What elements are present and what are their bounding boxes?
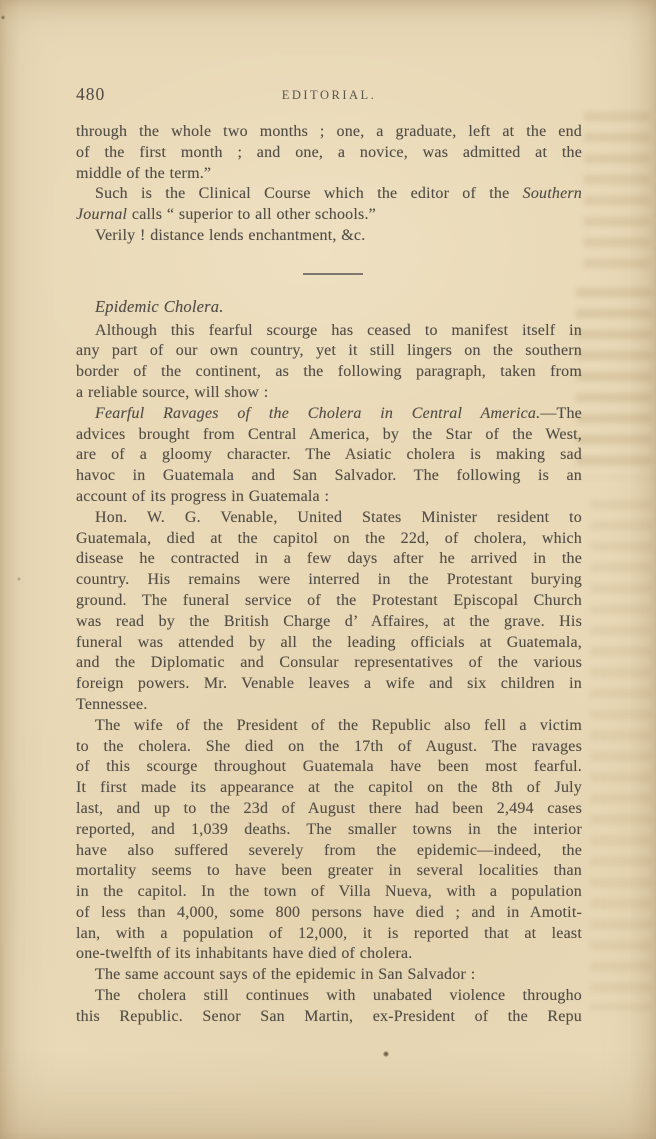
text-segment: are of a gloomy character. The Asiatic c… — [76, 446, 582, 463]
text-line: this Republic. Senor San Martin, ex-Pres… — [76, 1007, 582, 1028]
text-segment: foreign powers. Mr. Venable leaves a wif… — [76, 675, 582, 692]
text-segment: Tennessee. — [76, 696, 148, 713]
ink-speck — [17, 577, 21, 581]
text-segment: lan, with a population of 12,000, it is … — [76, 925, 582, 942]
text-segment: ground. The funeral service of the Prote… — [76, 592, 582, 609]
page-bleedthrough — [576, 288, 652, 478]
text-segment: Epidemic Cholera. — [95, 297, 224, 316]
text-segment: have also suffered severely from the epi… — [76, 842, 582, 859]
text-line: Guatemala, died at the capitol on the 22… — [76, 529, 582, 550]
text-segment: calls “ superior to all other schools.” — [127, 206, 376, 223]
divider-rule — [303, 273, 363, 275]
text-segment: Such is the Clinical Course which the ed… — [95, 185, 523, 202]
text-line: country. His remains were interred in th… — [76, 570, 582, 591]
text-segment: Southern — [523, 185, 582, 202]
text-line: one-twelfth of its inhabitants have died… — [76, 944, 582, 965]
text-segment: one-twelfth of its inhabitants have died… — [76, 945, 412, 962]
text-segment: The cholera still continues with unabate… — [95, 987, 582, 1004]
text-segment: border of the continent, as the followin… — [76, 363, 582, 380]
text-segment: country. His remains were interred in th… — [76, 571, 582, 588]
text-segment: —The — [540, 405, 582, 422]
text-line: disease he contracted in a few days afte… — [76, 549, 582, 570]
text-line: Such is the Clinical Course which the ed… — [76, 184, 582, 205]
text-segment: account of its progress in Guatemala : — [76, 488, 329, 505]
text-line: It first made its appearance at the capi… — [76, 778, 582, 799]
text-line: are of a gloomy character. The Asiatic c… — [76, 445, 582, 466]
text-segment: this Republic. Senor San Martin, ex-Pres… — [76, 1008, 582, 1025]
text-line: Verily ! distance lends enchantment, &c. — [76, 226, 582, 247]
text-segment: Journal — [76, 206, 127, 223]
text-segment: Although this fearful scourge has ceased… — [95, 322, 582, 339]
text-line: Hon. W. G. Venable, United States Minist… — [76, 508, 582, 529]
text-line: Tennessee. — [76, 695, 582, 716]
page-bleedthrough — [590, 500, 652, 1010]
running-header: EDITORIAL. — [76, 88, 582, 103]
text-line: of the first month ; and one, a novice, … — [76, 143, 582, 164]
text-line: foreign powers. Mr. Venable leaves a wif… — [76, 674, 582, 695]
text-segment: advices brought from Central America, by… — [76, 426, 582, 443]
text-segment: in the capitol. In the town of Villa Nue… — [76, 883, 582, 900]
text-segment: of the first month ; and one, a novice, … — [76, 144, 582, 161]
text-segment: The wife of the President of the Republi… — [95, 717, 582, 734]
text-line: Journal calls “ superior to all other sc… — [76, 205, 582, 226]
text-segment: of this scourge throughout Guatemala hav… — [76, 758, 582, 775]
text-line: The wife of the President of the Republi… — [76, 716, 582, 737]
text-line: to the cholera. She died on the 17th of … — [76, 737, 582, 758]
text-segment: last, and up to the 23d of August there … — [76, 800, 582, 817]
text-segment: reported, and 1,039 deaths. The smaller … — [76, 821, 582, 838]
text-segment: The same account says of the epidemic in… — [95, 966, 475, 983]
page-content: through the whole two months ; one, a gr… — [76, 122, 582, 1028]
text-line: have also suffered severely from the epi… — [76, 841, 582, 862]
section-divider — [76, 263, 582, 285]
text-segment: Guatemala, died at the capitol on the 22… — [76, 530, 582, 547]
text-line: Fearful Ravages of the Cholera in Centra… — [76, 404, 582, 425]
text-line: border of the continent, as the followin… — [76, 362, 582, 383]
text-line: reported, and 1,039 deaths. The smaller … — [76, 820, 582, 841]
text-segment: a reliable source, will show : — [76, 384, 268, 401]
text-line: ground. The funeral service of the Prote… — [76, 591, 582, 612]
section-heading: Epidemic Cholera. — [76, 297, 582, 318]
text-line: account of its progress in Guatemala : — [76, 487, 582, 508]
text-segment: Fearful Ravages of the Cholera in Centra… — [95, 405, 540, 422]
text-line: through the whole two months ; one, a gr… — [76, 122, 582, 143]
text-line: and the Diplomatic and Consular represen… — [76, 653, 582, 674]
text-line: of this scourge throughout Guatemala hav… — [76, 757, 582, 778]
text-segment: was read by the British Charge d’ Affair… — [76, 613, 582, 630]
text-line: any part of our own country, yet it stil… — [76, 341, 582, 362]
text-segment: It first made its appearance at the capi… — [76, 779, 582, 796]
text-line: havoc in Guatemala and San Salvador. The… — [76, 466, 582, 487]
page-header: 480 EDITORIAL. — [76, 84, 582, 108]
text-segment: havoc in Guatemala and San Salvador. The… — [76, 467, 582, 484]
text-segment: to the cholera. She died on the 17th of … — [76, 738, 582, 755]
text-segment: disease he contracted in a few days afte… — [76, 550, 582, 567]
ink-speck — [1, 15, 5, 20]
text-line: a reliable source, will show : — [76, 383, 582, 404]
text-segment: and the Diplomatic and Consular represen… — [76, 654, 582, 671]
text-segment: mortality seems to have been greater in … — [76, 862, 582, 879]
text-line: last, and up to the 23d of August there … — [76, 799, 582, 820]
text-line: The cholera still continues with unabate… — [76, 986, 582, 1007]
text-segment: middle of the term.” — [76, 165, 211, 182]
text-line: of less than 4,000, some 800 persons hav… — [76, 903, 582, 924]
text-segment: of less than 4,000, some 800 persons hav… — [76, 904, 582, 921]
text-line: middle of the term.” — [76, 164, 582, 185]
text-segment: any part of our own country, yet it stil… — [76, 342, 582, 359]
text-line: funeral was attended by all the leading … — [76, 633, 582, 654]
scanned-book-page: 480 EDITORIAL. through the whole two mon… — [0, 0, 656, 1139]
text-line: The same account says of the epidemic in… — [76, 965, 582, 986]
text-segment: Hon. W. G. Venable, United States Minist… — [95, 509, 582, 526]
text-line: lan, with a population of 12,000, it is … — [76, 924, 582, 945]
text-line: in the capitol. In the town of Villa Nue… — [76, 882, 582, 903]
page-bleedthrough — [584, 112, 650, 272]
ink-speck — [383, 1051, 389, 1057]
text-line: mortality seems to have been greater in … — [76, 861, 582, 882]
text-segment: through the whole two months ; one, a gr… — [76, 123, 582, 140]
text-line: advices brought from Central America, by… — [76, 425, 582, 446]
text-segment: Verily ! distance lends enchantment, &c. — [95, 227, 365, 244]
text-segment: funeral was attended by all the leading … — [76, 634, 582, 651]
text-line: Although this fearful scourge has ceased… — [76, 321, 582, 342]
text-line: was read by the British Charge d’ Affair… — [76, 612, 582, 633]
